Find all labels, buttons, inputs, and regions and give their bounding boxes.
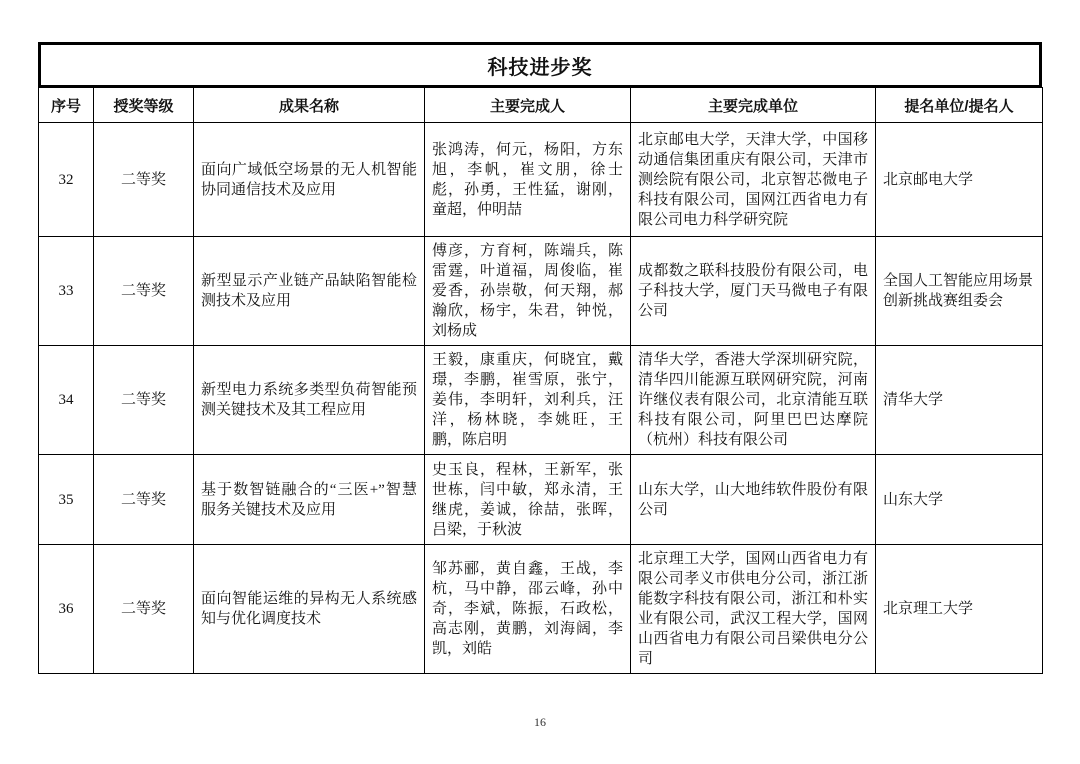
header-row: 序号 授奖等级 成果名称 主要完成人 主要完成单位 提名单位/提名人 — [39, 88, 1043, 123]
table-title-box: 科技进步奖 — [38, 42, 1042, 88]
table-header: 序号 授奖等级 成果名称 主要完成人 主要完成单位 提名单位/提名人 — [39, 88, 1043, 123]
row-people: 王毅，康重庆，何晓宜，戴璟，李鹏，崔雪原，张宁，姜伟，李明轩，刘利兵，汪洋，杨林… — [425, 346, 631, 455]
row-level: 二等奖 — [94, 346, 194, 455]
row-people: 张鸿涛，何元，杨阳，方东旭，李帆，崔文朋，徐士彪，孙勇，王性猛，谢刚，童超，仲明… — [425, 123, 631, 237]
header-cell-units: 主要完成单位 — [631, 88, 876, 123]
row-achievement-name: 新型显示产业链产品缺陷智能检测技术及应用 — [194, 237, 425, 346]
header-cell-nominator: 提名单位/提名人 — [876, 88, 1043, 123]
header-cell-name: 成果名称 — [194, 88, 425, 123]
table-row: 32 二等奖 面向广域低空场景的无人机智能协同通信技术及应用 张鸿涛，何元，杨阳… — [39, 123, 1043, 237]
award-table: 序号 授奖等级 成果名称 主要完成人 主要完成单位 提名单位/提名人 32 二等… — [38, 87, 1043, 674]
row-units: 北京理工大学，国网山西省电力有限公司孝义市供电分公司，浙江浙能数字科技有限公司，… — [631, 545, 876, 674]
row-achievement-name: 新型电力系统多类型负荷智能预测关键技术及其工程应用 — [194, 346, 425, 455]
page-number: 16 — [0, 715, 1080, 730]
table-row: 34 二等奖 新型电力系统多类型负荷智能预测关键技术及其工程应用 王毅，康重庆，… — [39, 346, 1043, 455]
row-nominator: 山东大学 — [876, 455, 1043, 545]
table-title: 科技进步奖 — [488, 51, 593, 80]
header-cell-level: 授奖等级 — [94, 88, 194, 123]
table-row: 36 二等奖 面向智能运维的异构无人系统感知与优化调度技术 邹苏郦，黄自鑫，王战… — [39, 545, 1043, 674]
row-units: 北京邮电大学，天津大学，中国移动通信集团重庆有限公司，天津市测绘院有限公司，北京… — [631, 123, 876, 237]
award-document: 科技进步奖 序号 授奖等级 成果名称 主要完成人 主要完成单位 提名单位/提名人 — [38, 42, 1042, 674]
row-level: 二等奖 — [94, 455, 194, 545]
row-achievement-name: 基于数智链融合的“三医+”智慧服务关键技术及应用 — [194, 455, 425, 545]
row-nominator: 北京邮电大学 — [876, 123, 1043, 237]
header-cell-no: 序号 — [39, 88, 94, 123]
row-nominator: 北京理工大学 — [876, 545, 1043, 674]
row-achievement-name: 面向广域低空场景的无人机智能协同通信技术及应用 — [194, 123, 425, 237]
row-level: 二等奖 — [94, 237, 194, 346]
table-row: 35 二等奖 基于数智链融合的“三医+”智慧服务关键技术及应用 史玉良，程林，王… — [39, 455, 1043, 545]
row-units: 清华大学，香港大学深圳研究院，清华四川能源互联网研究院，河南许继仪表有限公司，北… — [631, 346, 876, 455]
document-page: 科技进步奖 序号 授奖等级 成果名称 主要完成人 主要完成单位 提名单位/提名人 — [0, 0, 1080, 764]
table-row: 33 二等奖 新型显示产业链产品缺陷智能检测技术及应用 傅彦，方育柯，陈端兵，陈… — [39, 237, 1043, 346]
row-no: 33 — [39, 237, 94, 346]
row-units: 山东大学，山大地纬软件股份有限公司 — [631, 455, 876, 545]
row-no: 34 — [39, 346, 94, 455]
row-no: 32 — [39, 123, 94, 237]
row-no: 36 — [39, 545, 94, 674]
row-no: 35 — [39, 455, 94, 545]
row-people: 邹苏郦，黄自鑫，王战，李杭，马中静，邵云峰，孙中奇，李斌，陈振，石政松，高志刚，… — [425, 545, 631, 674]
header-cell-people: 主要完成人 — [425, 88, 631, 123]
row-units: 成都数之联科技股份有限公司，电子科技大学，厦门天马微电子有限公司 — [631, 237, 876, 346]
row-level: 二等奖 — [94, 545, 194, 674]
row-nominator: 全国人工智能应用场景创新挑战赛组委会 — [876, 237, 1043, 346]
row-nominator: 清华大学 — [876, 346, 1043, 455]
row-people: 傅彦，方育柯，陈端兵，陈雷霆，叶道福，周俊临，崔爱香，孙崇敬，何天翔，郝瀚欣，杨… — [425, 237, 631, 346]
row-people: 史玉良，程林，王新军，张世栋，闫中敏，郑永清，王继虎，姜诚，徐喆，张晖，吕梁，于… — [425, 455, 631, 545]
table-body: 32 二等奖 面向广域低空场景的无人机智能协同通信技术及应用 张鸿涛，何元，杨阳… — [39, 123, 1043, 674]
row-level: 二等奖 — [94, 123, 194, 237]
row-achievement-name: 面向智能运维的异构无人系统感知与优化调度技术 — [194, 545, 425, 674]
